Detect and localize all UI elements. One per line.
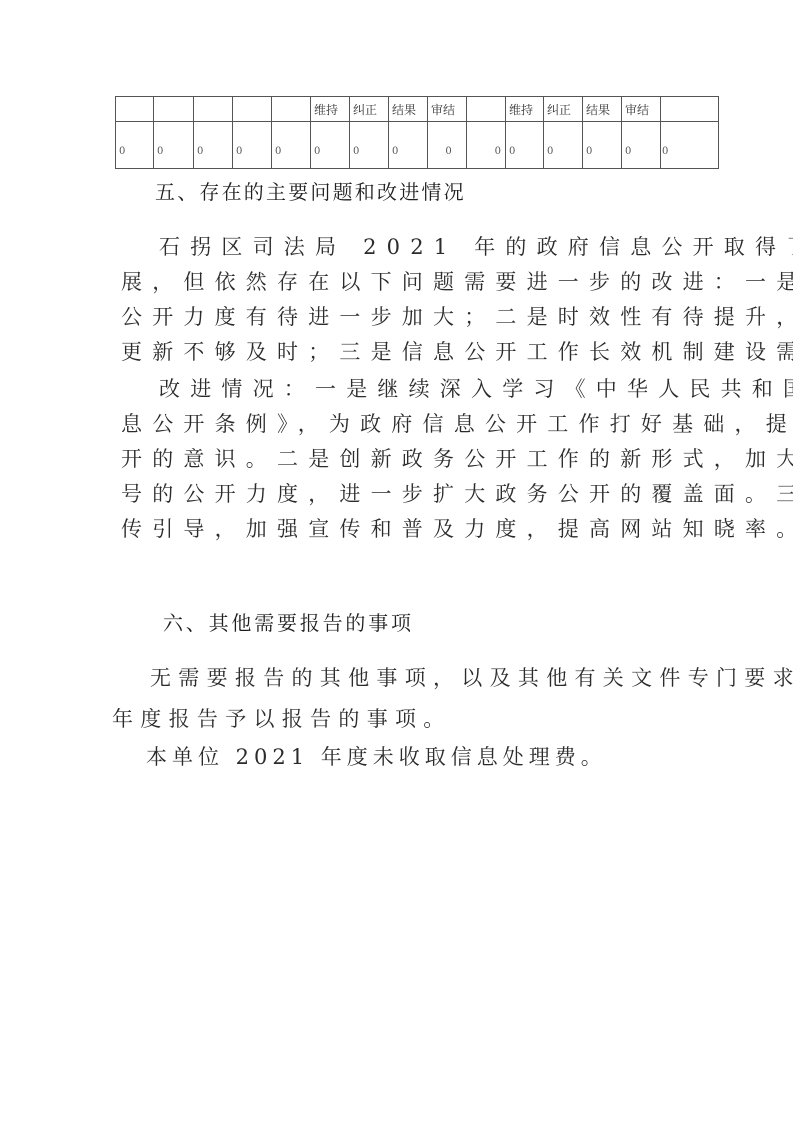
- table-cell: 0: [311, 122, 350, 169]
- table-cell: 0: [583, 122, 622, 169]
- paragraph-line: 息公开条例》，为政府信息公开工作打好基础，提高信息公: [121, 407, 793, 442]
- table-cell: 0: [194, 122, 233, 169]
- table-header-row: 维持 纠正 结果 审结 维持 纠正 结果 审结: [116, 97, 719, 122]
- table-header-cell: [272, 97, 311, 122]
- paragraph-line: 改进情况：一是继续深入学习《中华人民共和国政府信: [121, 372, 793, 407]
- section-heading-other-matters: 六、其他需要报告的事项: [163, 607, 414, 636]
- problems-paragraph: 石拐区司法局 2021 年的政府信息公开取得了一定的进 展，但依然存在以下问题需…: [121, 230, 793, 370]
- paragraph-line: 公开力度有待进一步加大；二是时效性有待提升，信息公开: [121, 300, 793, 335]
- table-cell: 0: [467, 122, 506, 169]
- appeal-statistics-table: 维持 纠正 结果 审结 维持 纠正 结果 审结 0 0 0 0 0 0 0 0 …: [115, 96, 719, 169]
- table-header-cell: 维持: [506, 97, 544, 122]
- paragraph-line: 更新不够及时；三是信息公开工作长效机制建设需要完善。: [121, 335, 793, 370]
- paragraph-line: 开的意识。二是创新政务公开工作的新形式，加大微信公众: [121, 442, 793, 477]
- improvements-paragraph: 改进情况：一是继续深入学习《中华人民共和国政府信 息公开条例》，为政府信息公开工…: [121, 372, 793, 547]
- paragraph-line: 无需要报告的其他事项，以及其他有关文件专门要求通过: [112, 658, 793, 699]
- table-header-cell: 审结: [428, 97, 467, 122]
- table-cell: 0: [544, 122, 583, 169]
- table-row: 0 0 0 0 0 0 0 0 0 0 0 0 0 0 0: [116, 122, 719, 169]
- paragraph-line: 展，但依然存在以下问题需要进一步的改进：一是政务信息: [121, 265, 793, 300]
- table-header-cell: 纠正: [350, 97, 389, 122]
- table-header-cell: [116, 97, 154, 122]
- table-cell: 0: [350, 122, 389, 169]
- paragraph-line: 本单位 2021 年度未收取信息处理费。: [146, 740, 607, 775]
- paragraph-line: 传引导，加强宣传和普及力度，提高网站知晓率。: [121, 512, 793, 547]
- table-header-cell: 结果: [583, 97, 622, 122]
- table-header-cell: [194, 97, 233, 122]
- paragraph-line: 号的公开力度，进一步扩大政务公开的覆盖面。三是强化宣: [121, 477, 793, 512]
- table-cell: 0: [622, 122, 661, 169]
- table-cell: 0: [506, 122, 544, 169]
- table-header-cell: 维持: [311, 97, 350, 122]
- table-cell: 0: [233, 122, 272, 169]
- table-cell: 0: [389, 122, 428, 169]
- table-cell: 0: [154, 122, 194, 169]
- fee-statement-paragraph: 本单位 2021 年度未收取信息处理费。: [146, 740, 607, 775]
- paragraph-line: 石拐区司法局 2021 年的政府信息公开取得了一定的进: [121, 230, 793, 265]
- table-header-cell: 审结: [622, 97, 661, 122]
- table-cell: 0: [116, 122, 154, 169]
- table-cell: 0: [661, 122, 719, 169]
- paragraph-line: 年度报告予以报告的事项。: [112, 699, 793, 740]
- table-header-cell: [467, 97, 506, 122]
- table-header-cell: [154, 97, 194, 122]
- table-header-cell: [233, 97, 272, 122]
- table-header-cell: 纠正: [544, 97, 583, 122]
- table-cell: 0: [272, 122, 311, 169]
- section-heading-problems-improvements: 五、存在的主要问题和改进情况: [155, 176, 466, 205]
- table-header-cell: 结果: [389, 97, 428, 122]
- table-cell: 0: [428, 122, 467, 169]
- table-header-cell: [661, 97, 719, 122]
- other-matters-paragraph: 无需要报告的其他事项，以及其他有关文件专门要求通过 年度报告予以报告的事项。: [112, 658, 793, 740]
